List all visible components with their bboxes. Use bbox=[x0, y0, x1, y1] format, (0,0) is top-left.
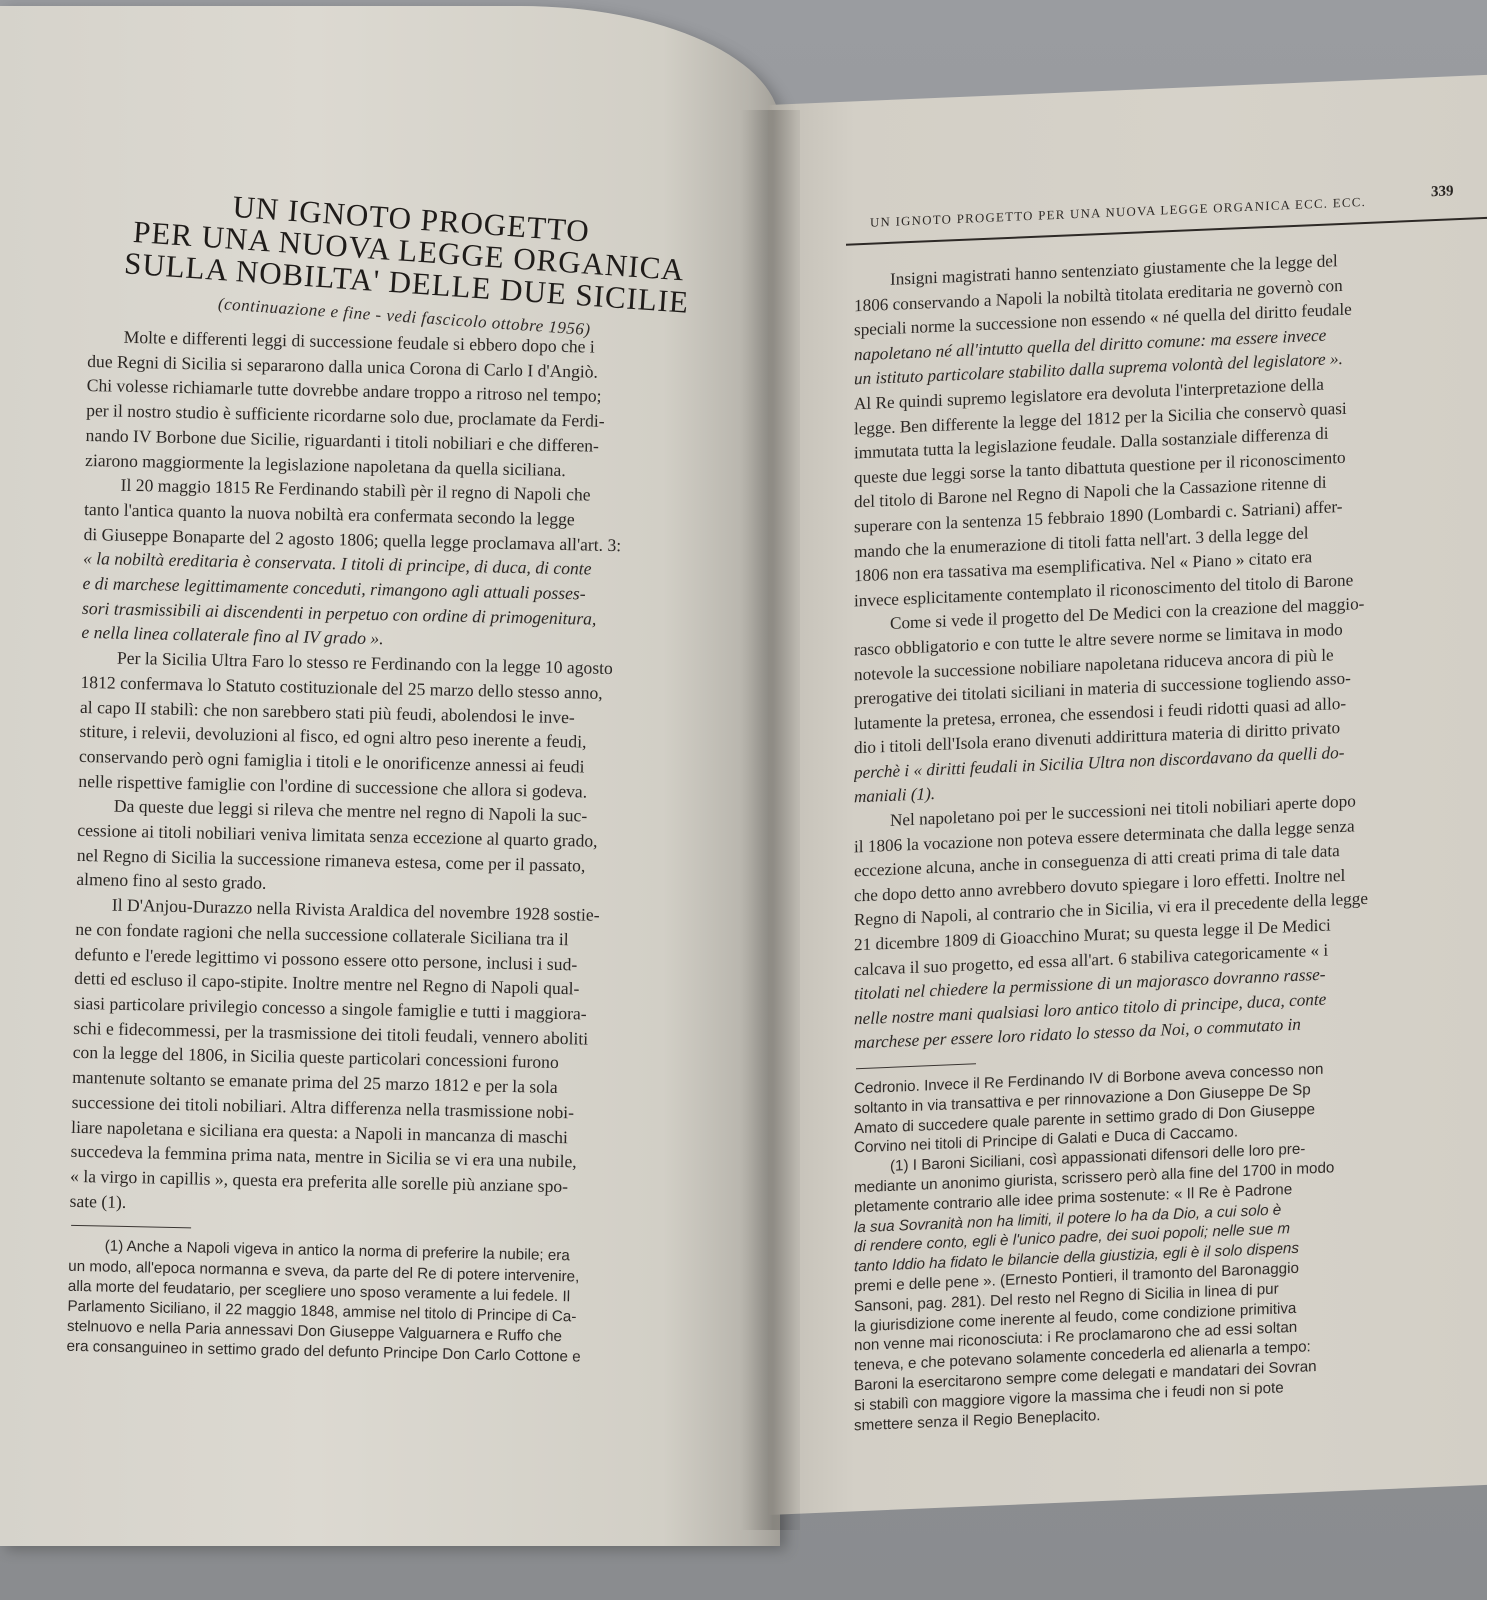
paragraph: Per la Sicilia Ultra Faro lo stesso re F… bbox=[78, 645, 731, 807]
paragraph: Il D'Anjou-Durazzo nella Rivista Araldic… bbox=[69, 892, 726, 1227]
article-title: UN IGNOTO PROGETTO PER UNA NUOVA LEGGE O… bbox=[99, 182, 716, 348]
footnote: (1) Anche a Napoli vigeva in antico la n… bbox=[66, 1236, 718, 1371]
right-body-text: Insigni magistrati hanno sentenziato giu… bbox=[854, 242, 1487, 1436]
paragraph: Il 20 maggio 1815 Re Ferdinando stabilì … bbox=[81, 472, 734, 658]
paragraph: Insigni magistrati hanno sentenziato giu… bbox=[854, 242, 1487, 614]
paragraph: Molte e differenti leggi di successione … bbox=[85, 324, 738, 486]
page-number: 339 bbox=[1431, 183, 1454, 201]
footnote-divider bbox=[71, 1225, 191, 1229]
left-page: UN IGNOTO PROGETTO PER UNA NUOVA LEGGE O… bbox=[0, 6, 780, 1546]
footnote: Cedronio. Invece il Re Ferdinando IV di … bbox=[854, 1052, 1487, 1436]
running-head: UN IGNOTO PROGETTO PER UNA NUOVA LEGGE O… bbox=[870, 189, 1487, 231]
paragraph: Nel napoletano poi per le successioni ne… bbox=[854, 783, 1487, 1057]
footnote-divider bbox=[856, 1063, 976, 1069]
paragraph: Come si vede il progetto del De Medici c… bbox=[854, 586, 1487, 810]
right-page: UN IGNOTO PROGETTO PER UNA NUOVA LEGGE O… bbox=[768, 75, 1487, 1515]
left-body-text: Molte e differenti leggi di successione … bbox=[66, 324, 738, 1371]
paragraph: Da queste due leggi si rileva che mentre… bbox=[76, 793, 728, 905]
